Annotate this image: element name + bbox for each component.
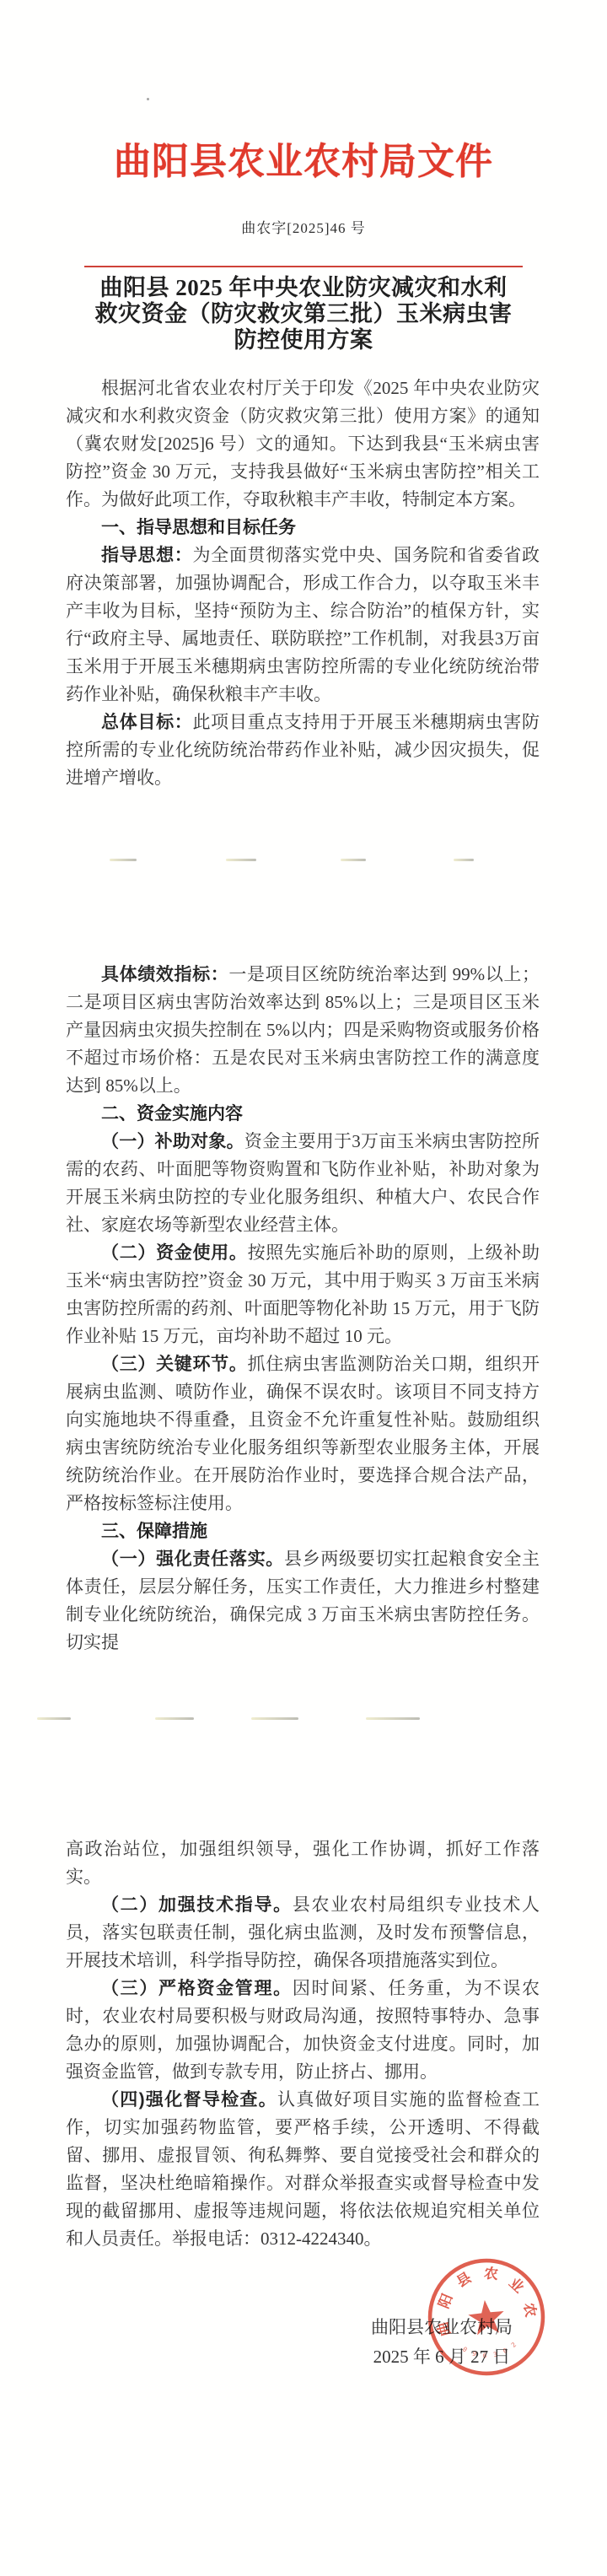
seal-code: 096302936: [421, 2251, 518, 2365]
paragraph-lead-label: （三）严格资金管理。: [101, 1979, 293, 1998]
paragraph-lead-label: （一）补助对象。: [101, 1132, 244, 1151]
official-seal-icon: 曲阳县农业农村局 096302936: [421, 2251, 552, 2383]
scan-speck: [147, 98, 149, 100]
paragraph-lead-label: （二）加强技术指导。: [101, 1895, 293, 1915]
red-divider-line: [84, 266, 523, 267]
scan-artifact-row: [0, 859, 607, 862]
paragraph-lead-label: （二）资金使用。: [101, 1243, 248, 1263]
document-title-line: 防控使用方案: [0, 327, 607, 353]
section-heading: 二、资金实施内容: [66, 1100, 540, 1128]
document-body: 根据河北省农业农村厅关于印发《2025 年中央农业防灾减灾和水利救灾资金（防灾救…: [0, 375, 607, 2253]
section-heading: 三、保障措施: [66, 1517, 540, 1545]
document-number: 曲农字[2025]46 号: [0, 216, 607, 237]
document-title-line: 救灾资金（防灾救灾第三批）玉米病虫害: [0, 301, 607, 327]
paragraph: （二）加强技术指导。县农业农村局组织专业技术人员，落实包联责任制，强化病虫监测，…: [66, 1891, 540, 1975]
paragraph: （四)强化督导检查。认真做好项目实施的监督检查工作，切实加强药物监管，要严格手续…: [66, 2086, 540, 2253]
paragraph: 具体绩效指标：一是项目区统防统治率达到 99%以上；二是项目区病虫害防治效率达到…: [66, 961, 540, 1100]
paragraph-lead-label: （一）强化责任落实。: [101, 1549, 284, 1569]
paragraph: 指导思想：为全面贯彻落实党中央、国务院和省委省政府决策部署，加强协调配合，形成工…: [66, 542, 540, 709]
paragraph: （一）强化责任落实。县乡两级要切实扛起粮食安全主体责任，层层分解任务，压实工作责…: [66, 1545, 540, 1657]
svg-text:096302936: 096302936: [421, 2251, 518, 2365]
paragraph: 根据河北省农业农村厅关于印发《2025 年中央农业防灾减灾和水利救灾资金（防灾救…: [66, 375, 540, 514]
document-page: 曲阳县农业农村局文件 曲农字[2025]46 号 曲阳县 2025 年中央农业防…: [0, 0, 607, 2576]
paragraph-lead-label: （四)强化督导检查。: [101, 2090, 277, 2110]
section-heading: 一、指导思想和目标任务: [66, 514, 540, 542]
paragraph: 总体目标：此项目重点支持用于开展玉米穗期病虫害防控所需的专业化统防统治带药作业补…: [66, 709, 540, 792]
paragraph-lead-label: （三）关键环节。: [101, 1355, 248, 1374]
paragraph: （三）严格资金管理。因时间紧、任务重，为不误农时，农业农村局要积极与财政局沟通，…: [66, 1975, 540, 2086]
paragraph: （二）资金使用。按照先实施后补助的原则，上级补助玉米“病虫害防控”资金 30 万…: [66, 1239, 540, 1350]
paragraph: （三）关键环节。抓住病虫害监测防治关口期，组织开展病虫监测、喷防作业，确保不误农…: [66, 1350, 540, 1517]
paragraph-lead-label: 指导思想：: [101, 546, 192, 565]
paragraph-lead-label: 具体绩效指标：: [101, 965, 228, 984]
agency-letterhead-title: 曲阳县农业农村局文件: [0, 0, 607, 182]
paragraph: 高政治站位，加强组织领导，强化工作协调，抓好工作落实。: [66, 1835, 540, 1891]
document-title-line: 曲阳县 2025 年中央农业防灾减灾和水利: [0, 275, 607, 301]
paragraph-lead-label: 总体目标：: [101, 713, 192, 732]
scan-artifact-row: [0, 1717, 607, 1721]
document-title: 曲阳县 2025 年中央农业防灾减灾和水利救灾资金（防灾救灾第三批）玉米病虫害防…: [0, 275, 607, 353]
paragraph: （一）补助对象。资金主要用于3万亩玉米病虫害防控所需的农药、叶面肥等物资购置和飞…: [66, 1128, 540, 1239]
seal-star-icon: [467, 2298, 506, 2336]
